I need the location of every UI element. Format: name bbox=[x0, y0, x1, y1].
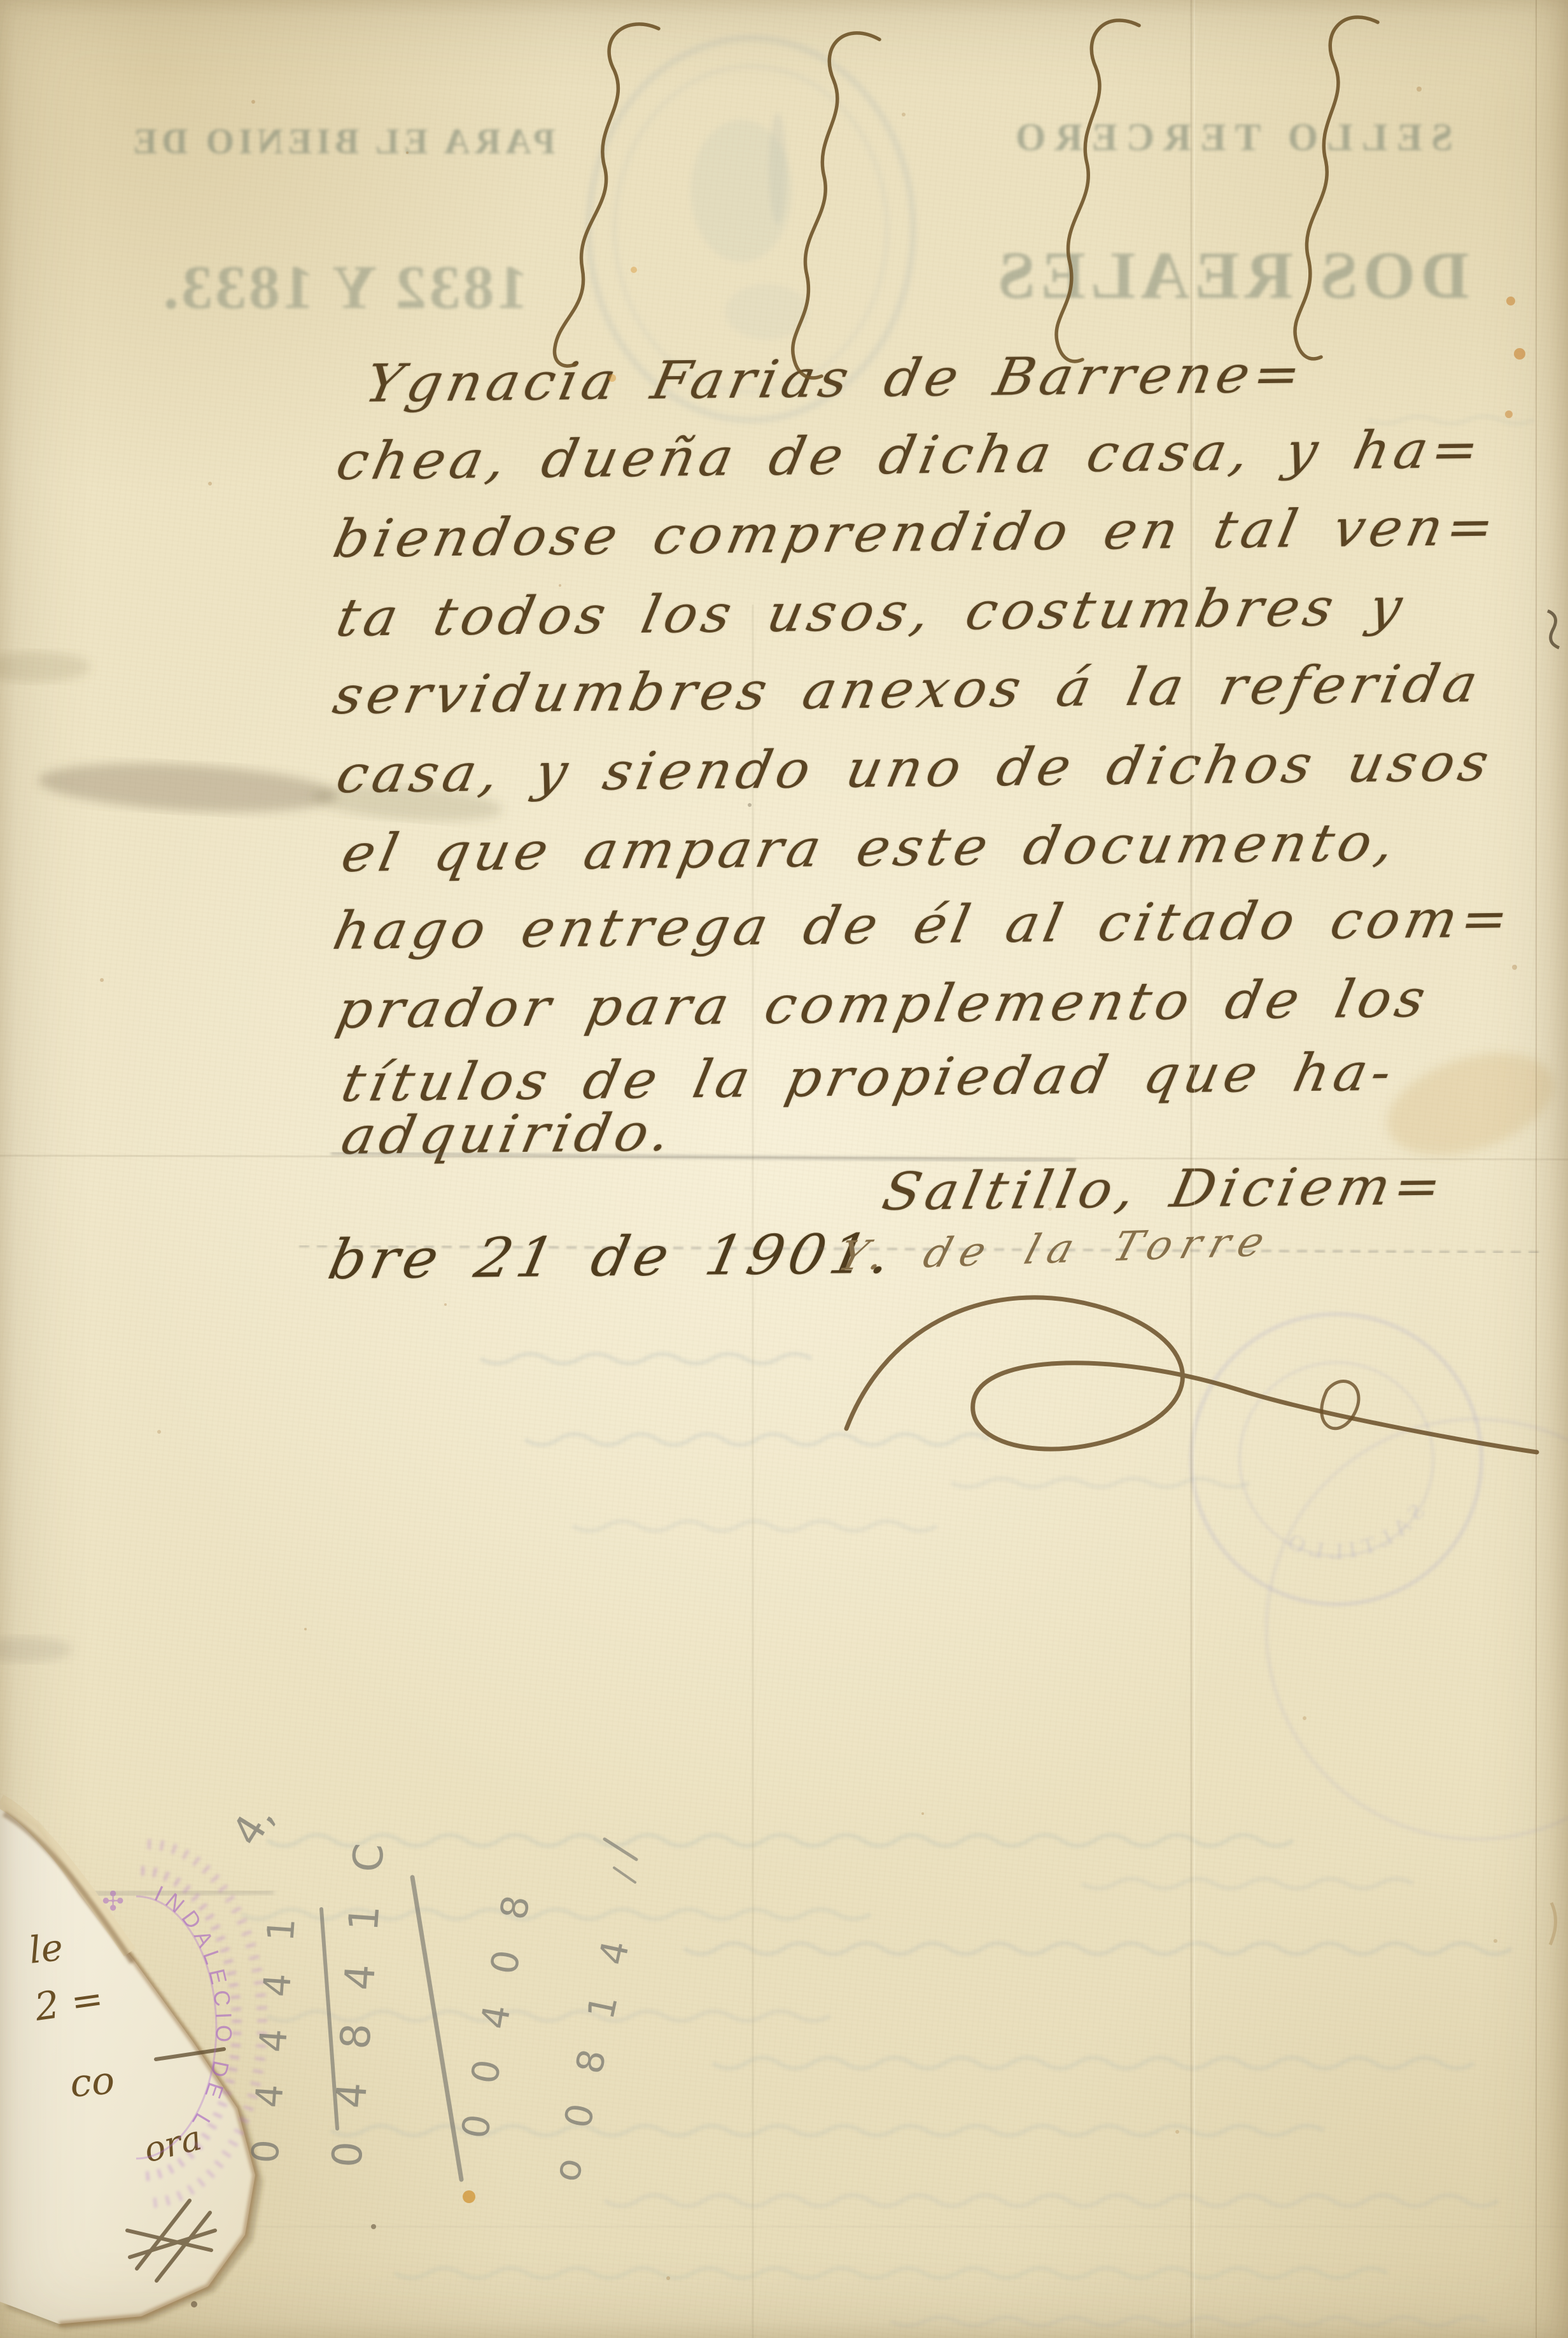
violet-stamp-text: INDALECIO DE L bbox=[151, 1881, 237, 2137]
pencil-annotations: 4, 0 4 4 4 1 0 4 8 4 1 C 0 0 4 0 8 o 0 8… bbox=[223, 1796, 640, 2185]
pencil-column: 0 0 4 0 8 bbox=[453, 1882, 540, 2142]
manuscript-line: biendose comprendido en tal ven= bbox=[328, 497, 1504, 570]
pencil-column: o 0 8 1 4 bbox=[545, 1927, 640, 2185]
fragment-ink-word: co bbox=[68, 2058, 116, 2106]
svg-text:INDALECIO DE L: INDALECIO DE L bbox=[151, 1881, 237, 2137]
torn-paper-fragment: le 2 = co ora bbox=[0, 1801, 263, 2329]
violet-oval-stamp: INDALECIO DE L ✣ bbox=[102, 1844, 262, 2203]
fragment-ink-word: le bbox=[27, 1926, 65, 1972]
manuscript-line: prador para complemento de los bbox=[332, 969, 1435, 1040]
bleedthrough-right-bottom: DOS REALES bbox=[981, 237, 1481, 314]
manuscript-line: ta todos los usos, costumbres y bbox=[332, 577, 1412, 648]
manuscript-line: hago entrega de él al citado com= bbox=[328, 889, 1518, 962]
svg-text:SALTILLO: SALTILLO bbox=[1278, 1499, 1430, 1564]
pencil-column: 0 4 8 4 1 C bbox=[324, 1832, 395, 2169]
pencil-column: 0 4 4 4 1 bbox=[243, 1907, 304, 2165]
paper-fiber bbox=[1550, 1903, 1556, 1945]
bleedthrough-left-bottom: 1832 Y 1833. bbox=[109, 252, 579, 323]
signature-flourish bbox=[846, 1298, 1537, 1452]
manuscript-line: chea, dueña de dicha casa, y ha= bbox=[332, 419, 1489, 492]
document-page: SALTILLO PARA EL BIENIO DE 1832 Y 1833. … bbox=[0, 0, 1568, 2338]
fragment-ink-word: 2 = bbox=[31, 1977, 106, 2030]
manuscript-line: casa, y siendo uno de dichos usos bbox=[332, 732, 1499, 805]
bleedthrough-right-top: SELLO TERCERO bbox=[986, 116, 1473, 160]
manuscript-dateline: Saltillo, Diciem= bbox=[878, 1156, 1452, 1222]
round-seal-ghost: SALTILLO bbox=[1191, 1314, 1568, 1839]
manuscript-line: el que ampara este documento, bbox=[337, 813, 1404, 884]
bleedthrough-left-top: PARA EL BIENIO DE bbox=[115, 121, 570, 162]
edge-ink-mark bbox=[1548, 611, 1559, 648]
manuscript-line: servidumbres anexos á la referida bbox=[328, 654, 1487, 726]
manuscript-line: adquirido. bbox=[337, 1103, 680, 1166]
manuscript-dateline-2: bre 21 de 1901. bbox=[323, 1222, 901, 1292]
ink-brace-strokes bbox=[554, 17, 1378, 378]
manuscript-line: títulos de la propiedad que ha- bbox=[337, 1042, 1401, 1114]
fragment-ink-hash bbox=[127, 2049, 224, 2281]
pencil-mark: 4, bbox=[223, 1796, 284, 1854]
violet-stamp-flower-icon: ✣ bbox=[102, 1886, 124, 1917]
manuscript-line: Ygnacia Farias de Barrene= bbox=[360, 344, 1311, 414]
round-seal-text: SALTILLO bbox=[1278, 1499, 1430, 1564]
fragment-ink-word: ora bbox=[140, 2118, 206, 2171]
